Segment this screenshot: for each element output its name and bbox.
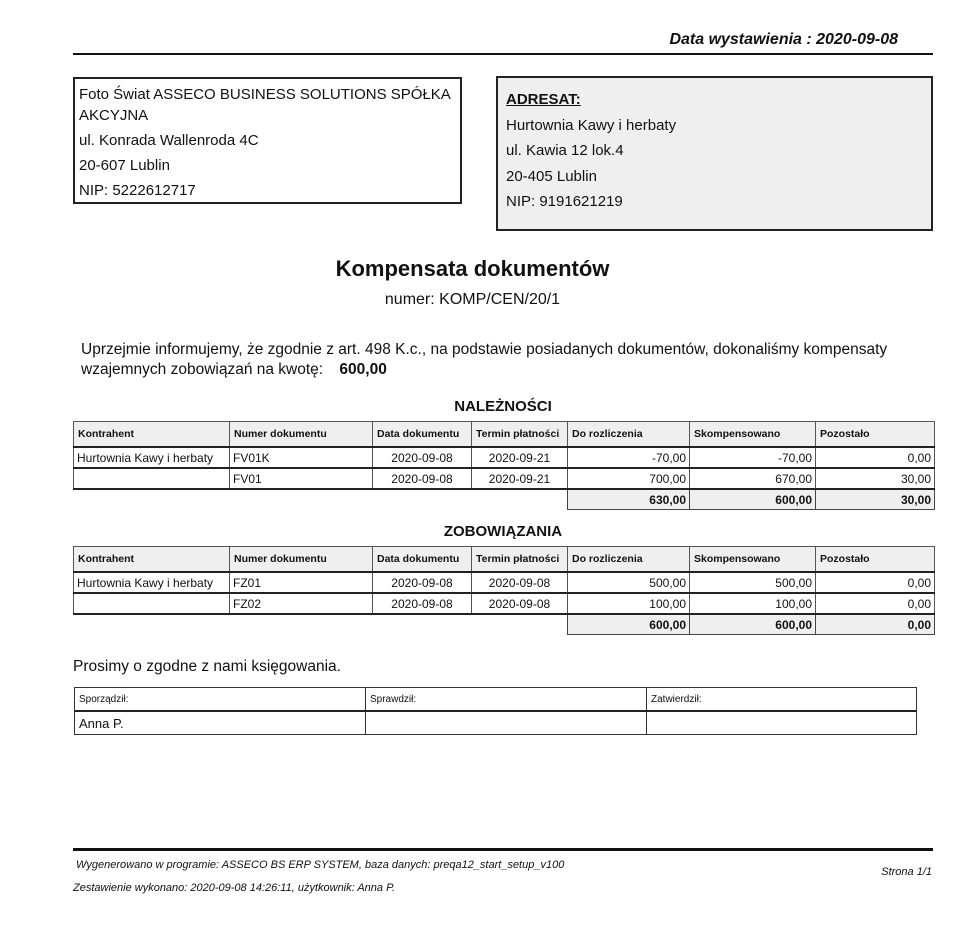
sender-street: ul. Konrada Wallenroda 4C xyxy=(79,130,456,151)
column-header: Data dokumentu xyxy=(373,422,472,448)
sender-name: Foto Świat ASSECO BUSINESS SOLUTIONS SPÓ… xyxy=(79,84,456,126)
column-header: Pozostało xyxy=(816,422,935,448)
recipient-nip: NIP: 9191621219 xyxy=(506,189,923,215)
column-header: Kontrahent xyxy=(74,422,230,448)
table-cell: 0,00 xyxy=(816,593,935,614)
issue-date: Data wystawienia : 2020-09-08 xyxy=(600,31,898,49)
total-cell: 0,00 xyxy=(816,614,935,635)
column-header: Do rozliczenia xyxy=(568,547,690,573)
table-cell: 100,00 xyxy=(690,593,816,614)
checked-by-label: Sprawdził: xyxy=(366,688,647,712)
footer-executed: Zestawienie wykonano: 2020-09-08 14:26:1… xyxy=(73,882,395,894)
closing-text: Prosimy o zgodne z nami księgowania. xyxy=(73,658,341,676)
footer-generated: Wygenerowano w programie: ASSECO BS ERP … xyxy=(76,859,564,871)
table-cell: 2020-09-08 xyxy=(373,593,472,614)
intro-paragraph: Uprzejmie informujemy, że zgodnie z art.… xyxy=(81,340,941,380)
approved-by-value xyxy=(647,711,917,735)
table-cell: FV01 xyxy=(230,468,373,489)
table-cell: 2020-09-08 xyxy=(373,468,472,489)
empty-cell xyxy=(74,614,230,635)
sender-city: 20-607 Lublin xyxy=(79,155,456,176)
compensation-amount: 600,00 xyxy=(339,361,386,378)
total-cell: 630,00 xyxy=(568,489,690,510)
table-cell: Hurtownia Kawy i herbaty xyxy=(74,572,230,593)
table-cell: -70,00 xyxy=(568,447,690,468)
table-cell: Hurtownia Kawy i herbaty xyxy=(74,447,230,468)
empty-cell xyxy=(74,489,230,510)
table-header-row: KontrahentNumer dokumentuData dokumentuT… xyxy=(74,422,935,448)
liabilities-title: ZOBOWIĄZANIA xyxy=(73,523,933,540)
empty-cell xyxy=(373,489,472,510)
document-title: Kompensata dokumentów xyxy=(200,256,745,282)
table-cell: 700,00 xyxy=(568,468,690,489)
recipient-address-box: ADRESAT: Hurtownia Kawy i herbaty ul. Ka… xyxy=(496,76,933,231)
table-row: FV012020-09-082020-09-21700,00670,0030,0… xyxy=(74,468,935,489)
table-cell: 2020-09-08 xyxy=(472,593,568,614)
table-cell: FZ02 xyxy=(230,593,373,614)
document-number: numer: KOMP/CEN/20/1 xyxy=(200,291,745,309)
table-cell xyxy=(74,468,230,489)
sender-address-box: Foto Świat ASSECO BUSINESS SOLUTIONS SPÓ… xyxy=(73,77,462,204)
column-header: Skompensowano xyxy=(690,547,816,573)
checked-by-value xyxy=(366,711,647,735)
total-cell: 600,00 xyxy=(690,489,816,510)
table-row: FZ022020-09-082020-09-08100,00100,000,00 xyxy=(74,593,935,614)
recipient-name: Hurtownia Kawy i herbaty xyxy=(506,113,923,139)
empty-cell xyxy=(230,614,373,635)
top-divider xyxy=(73,53,933,55)
column-header: Numer dokumentu xyxy=(230,547,373,573)
table-cell: -70,00 xyxy=(690,447,816,468)
signature-table: Sporządził: Sprawdził: Zatwierdził: Anna… xyxy=(74,687,917,735)
table-cell: FV01K xyxy=(230,447,373,468)
table-cell: 30,00 xyxy=(816,468,935,489)
table-header-row: KontrahentNumer dokumentuData dokumentuT… xyxy=(74,547,935,573)
liabilities-table: KontrahentNumer dokumentuData dokumentuT… xyxy=(73,546,935,635)
table-cell: 500,00 xyxy=(690,572,816,593)
page-number: Strona 1/1 xyxy=(830,866,932,878)
total-cell: 30,00 xyxy=(816,489,935,510)
recipient-label: ADRESAT: xyxy=(506,87,923,113)
table-cell: 500,00 xyxy=(568,572,690,593)
table-cell: 2020-09-08 xyxy=(373,572,472,593)
column-header: Pozostało xyxy=(816,547,935,573)
column-header: Kontrahent xyxy=(74,547,230,573)
table-cell: FZ01 xyxy=(230,572,373,593)
prepared-by-value: Anna P. xyxy=(75,711,366,735)
column-header: Skompensowano xyxy=(690,422,816,448)
totals-row: 600,00600,000,00 xyxy=(74,614,935,635)
table-cell: 2020-09-08 xyxy=(373,447,472,468)
table-row: Hurtownia Kawy i herbatyFV01K2020-09-082… xyxy=(74,447,935,468)
table-cell: 670,00 xyxy=(690,468,816,489)
sender-nip: NIP: 5222612717 xyxy=(79,180,456,201)
column-header: Termin płatności xyxy=(472,422,568,448)
column-header: Do rozliczenia xyxy=(568,422,690,448)
totals-row: 630,00600,0030,00 xyxy=(74,489,935,510)
footer-divider xyxy=(73,848,933,851)
empty-cell xyxy=(373,614,472,635)
empty-cell xyxy=(472,614,568,635)
empty-cell xyxy=(230,489,373,510)
prepared-by-label: Sporządził: xyxy=(75,688,366,712)
table-cell: 2020-09-08 xyxy=(472,572,568,593)
intro-text: Uprzejmie informujemy, że zgodnie z art.… xyxy=(81,341,887,378)
table-cell: 0,00 xyxy=(816,447,935,468)
total-cell: 600,00 xyxy=(568,614,690,635)
approved-by-label: Zatwierdził: xyxy=(647,688,917,712)
table-cell xyxy=(74,593,230,614)
table-cell: 0,00 xyxy=(816,572,935,593)
table-cell: 2020-09-21 xyxy=(472,468,568,489)
table-row: Hurtownia Kawy i herbatyFZ012020-09-0820… xyxy=(74,572,935,593)
receivables-table: KontrahentNumer dokumentuData dokumentuT… xyxy=(73,421,935,510)
column-header: Data dokumentu xyxy=(373,547,472,573)
recipient-street: ul. Kawia 12 lok.4 xyxy=(506,138,923,164)
table-cell: 2020-09-21 xyxy=(472,447,568,468)
total-cell: 600,00 xyxy=(690,614,816,635)
column-header: Termin płatności xyxy=(472,547,568,573)
receivables-title: NALEŻNOŚCI xyxy=(73,398,933,415)
recipient-city: 20-405 Lublin xyxy=(506,164,923,190)
table-cell: 100,00 xyxy=(568,593,690,614)
empty-cell xyxy=(472,489,568,510)
column-header: Numer dokumentu xyxy=(230,422,373,448)
